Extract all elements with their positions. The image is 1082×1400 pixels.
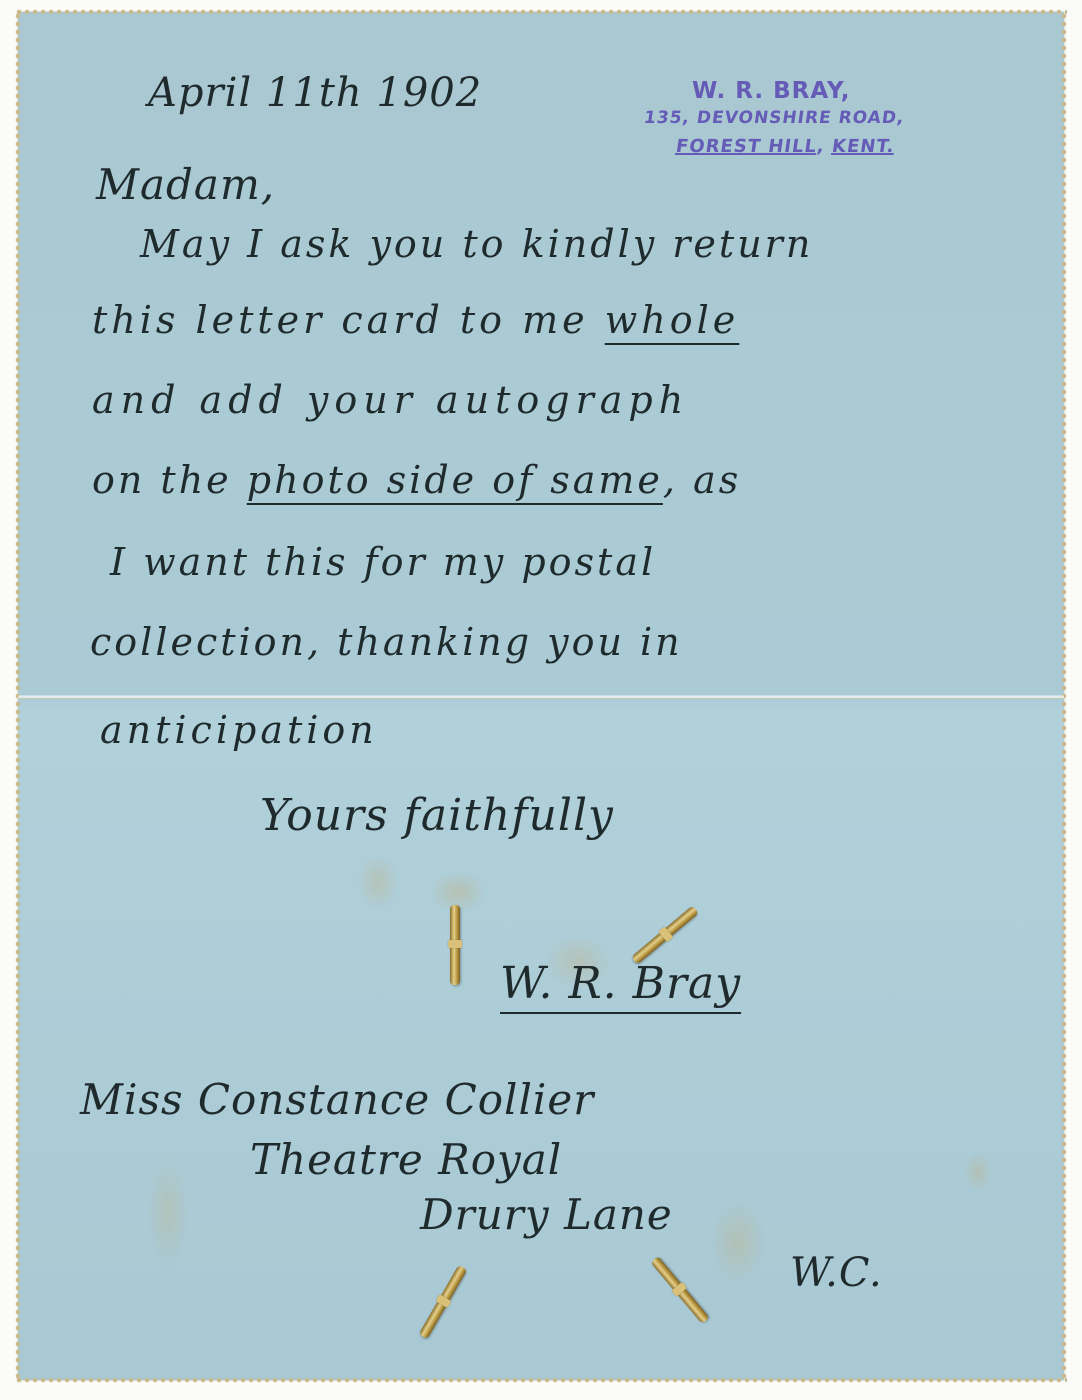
- stamp-address: 135, DEVONSHIRE ROAD,: [643, 108, 906, 128]
- body-line-5: I want this for my postal: [110, 540, 656, 584]
- body-line-4-text: on the: [92, 458, 232, 502]
- fold-line: [18, 695, 1064, 699]
- closing: Yours faithfully: [260, 790, 614, 841]
- body-line-4-trailing: , as: [663, 458, 741, 502]
- body-line-4: on the photo side of same, as: [92, 458, 741, 502]
- body-line-3: and add your autograph: [92, 378, 689, 422]
- addressee-name: Miss Constance Collier: [80, 1075, 594, 1124]
- body-line-7: anticipation: [100, 708, 378, 752]
- underlined-whole: whole: [605, 298, 740, 342]
- stamp-name: W. R. BRAY,: [692, 78, 851, 104]
- addressee-line-2: Theatre Royal: [250, 1135, 562, 1184]
- stamp-locality-town: FOREST HILL: [675, 136, 819, 157]
- brass-fastener-1: [450, 905, 460, 985]
- addressee-line-3: Drury Lane: [420, 1190, 673, 1239]
- salutation: Madam,: [96, 160, 275, 209]
- stamp-locality-county: KENT.: [831, 136, 897, 157]
- body-line-2-text: this letter card to me: [92, 298, 589, 342]
- signature: W. R. Bray: [500, 958, 741, 1009]
- letter-date: April 11th 1902: [148, 70, 482, 116]
- body-line-2: this letter card to me whole: [92, 298, 739, 342]
- stamp-locality: FOREST HILL, KENT.: [675, 136, 897, 157]
- body-line-1: May I ask you to kindly return: [140, 222, 813, 266]
- body-line-6: collection, thanking you in: [90, 620, 683, 664]
- underlined-photo-side: photo side of same: [247, 458, 663, 502]
- addressee-line-4: W.C.: [790, 1250, 883, 1296]
